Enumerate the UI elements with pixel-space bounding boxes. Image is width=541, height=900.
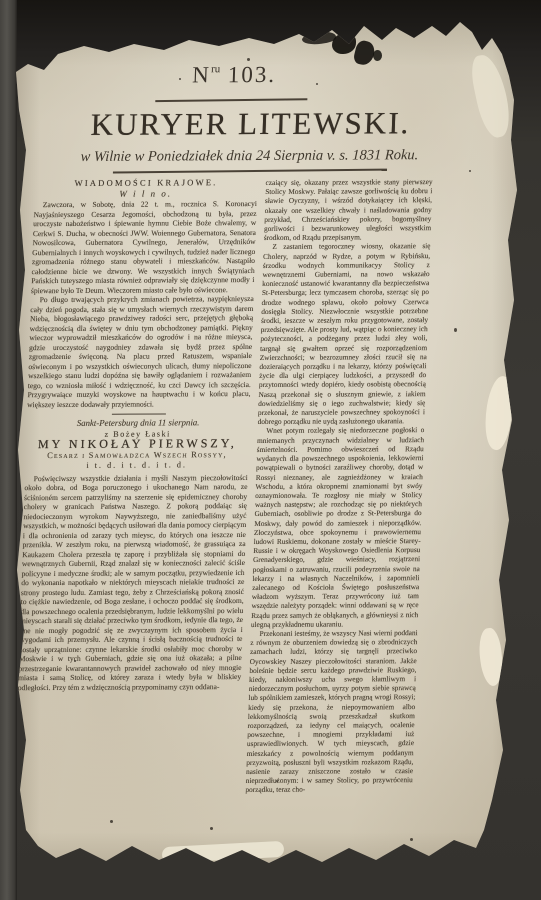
section-header: WIADOMOŚCI KRAJOWE.: [34, 178, 257, 189]
news-paragraph: Z zastaniem tegoroczney wiosny, okazanie…: [258, 242, 431, 427]
newspaper-page: Nru 103. KURYER LITEWSKI. w Wilnie w Pon…: [14, 20, 526, 872]
news-paragraph: czaiący się, okazany przez wszystkie sta…: [264, 177, 433, 242]
dateline-underline-rule: [113, 169, 387, 173]
proclamation-title: MY NIKOŁAY PIERWSZY,: [26, 439, 249, 450]
issue-number-line: Nru 103.: [124, 62, 345, 89]
news-paragraph: Zawczora, w Sobotę, dnia 22 t. m., roczn…: [31, 199, 257, 295]
proclamation-body: Poświęciwszy wszystkie działania i myśli…: [18, 473, 248, 693]
place-header: W i l n o.: [34, 189, 257, 200]
proclamation-dateline: Sankt-Petersburg dnia 11 sierpnia.: [26, 418, 249, 429]
printed-content: Nru 103. KURYER LITEWSKI. w Wilnie w Pon…: [0, 19, 528, 874]
proclamation-subtitle: Cesarz i Samowładzca Wszech Rossyy,: [25, 450, 248, 461]
newspaper-title: KURYER LITEWSKI.: [18, 105, 483, 143]
news-paragraph: Wnet potym rozlegały się niedorzeczne po…: [251, 426, 425, 629]
news-paragraph: Przekonani iesteśmy, że wszyscy Nasi wie…: [245, 628, 418, 795]
left-text-column: WIADOMOŚCI KRAJOWE. W i l n o. Zawczora,…: [13, 178, 258, 827]
section-separator-rule: [111, 413, 165, 414]
issue-superscript: ru: [211, 63, 221, 75]
issue-number: 103.: [220, 62, 277, 87]
issue-letter: N: [192, 62, 211, 87]
photograph-of-newspaper: Nru 103. KURYER LITEWSKI. w Wilnie w Pon…: [0, 0, 541, 900]
background-left-strip: [0, 0, 17, 900]
news-paragraph: Po długo trwających przykrych zmianach p…: [27, 294, 254, 409]
issue-underline-rule: [155, 98, 307, 101]
proclamation-etc-line: i t. d. i t. d. i t. d.: [25, 460, 248, 471]
right-text-column: czaiący się, okazany przez wszystkie sta…: [244, 177, 433, 826]
masthead-dateline: w Wilnie w Poniedziałek dnia 24 Sierpnia…: [17, 147, 482, 166]
